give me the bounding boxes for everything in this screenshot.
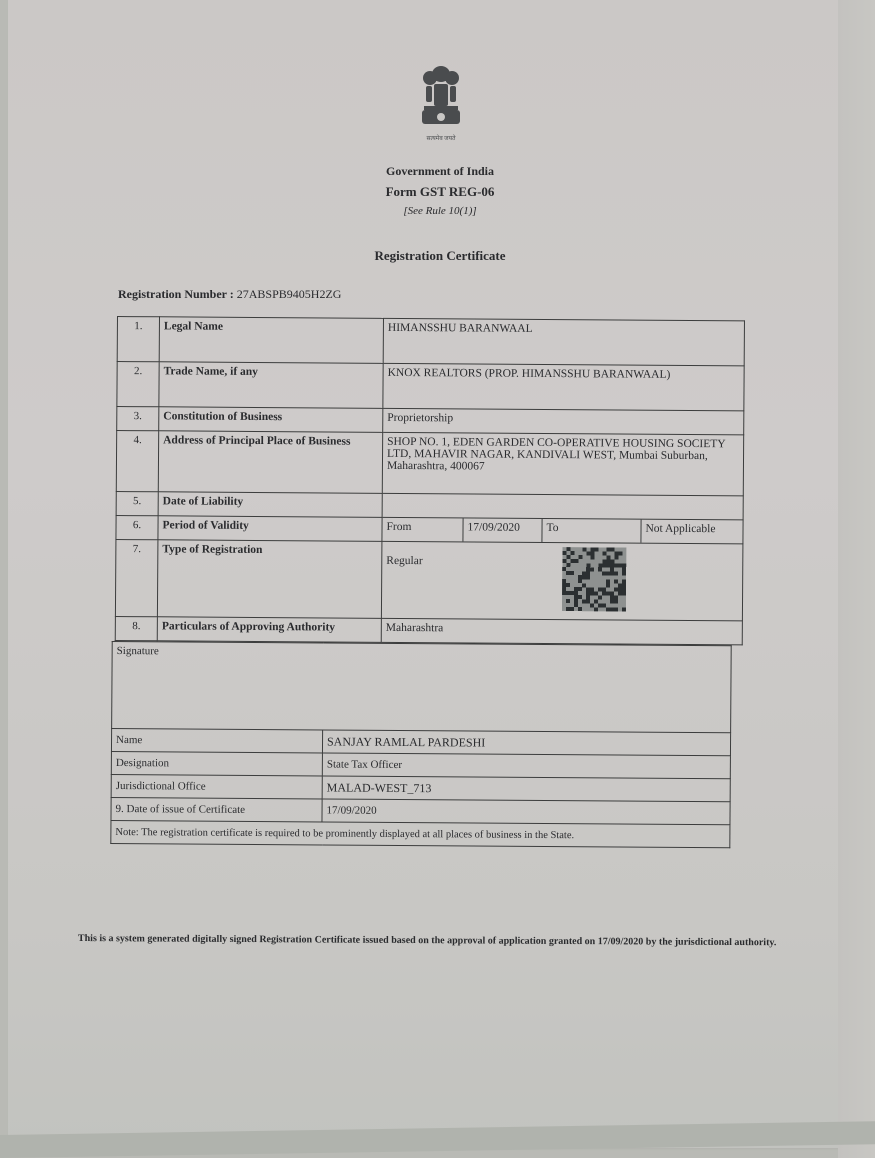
row-label: Type of Registration <box>157 540 382 619</box>
signature-table: Signature Name SANJAY RAMLAL PARDESHI De… <box>110 641 731 848</box>
row-number: 5. <box>116 491 158 515</box>
signatory-name-label: Name <box>111 728 322 752</box>
validity-to-label: To <box>542 519 641 543</box>
row-label: Particulars of Approving Authority <box>157 617 381 643</box>
jurisdictional-office-label: Jurisdictional Office <box>111 774 322 798</box>
signatory-name-value: SANJAY RAMLAL PARDESHI <box>322 730 730 756</box>
validity-from-date: 17/09/2020 <box>463 518 542 542</box>
row-number: 8. <box>115 616 157 640</box>
row-number: 6. <box>116 515 158 539</box>
certificate-table: 1. Legal Name HIMANSSHU BARANWAAL 2. Tra… <box>113 316 745 848</box>
government-heading: Government of India <box>300 164 580 179</box>
validity-from-label: From <box>382 518 463 542</box>
row-number: 7. <box>115 539 158 616</box>
issue-date-label: 9. Date of issue of Certificate <box>111 797 322 821</box>
table-row-trade-name: 2. Trade Name, if any KNOX REALTORS (PRO… <box>117 362 744 411</box>
jurisdictional-office-value: MALAD-WEST_713 <box>322 776 730 802</box>
row-label: Address of Principal Place of Business <box>158 431 382 494</box>
designation-label: Designation <box>111 751 322 775</box>
certificate-title: Registration Certificate <box>300 248 580 264</box>
row-number: 1. <box>117 317 159 362</box>
registration-number-value: 27ABSPB9405H2ZG <box>237 287 342 301</box>
row-value: KNOX REALTORS (PROP. HIMANSSHU BARANWAAL… <box>383 363 744 411</box>
issue-date-value: 17/09/2020 <box>322 799 730 825</box>
row-label: Trade Name, if any <box>159 362 383 409</box>
validity-cell: From 17/09/2020 To Not Applicable <box>382 517 743 544</box>
registration-number: Registration Number : 27ABSPB9405H2ZG <box>118 287 341 302</box>
row-value <box>382 493 743 520</box>
qr-code-icon <box>562 547 626 611</box>
row-value: SHOP NO. 1, EDEN GARDEN CO-OPERATIVE HOU… <box>382 432 743 496</box>
registration-number-label: Registration Number : <box>118 287 234 301</box>
table-row-legal-name: 1. Legal Name HIMANSSHU BARANWAAL <box>117 317 744 366</box>
row-label: Legal Name <box>159 317 383 364</box>
row-number: 4. <box>116 431 158 492</box>
emblem-caption: सत्यमेव जयते <box>426 134 456 142</box>
display-note: Note: The registration certificate is re… <box>111 820 730 847</box>
row-label: Constitution of Business <box>159 407 383 433</box>
national-emblem-icon: सत्यमेव जयते <box>416 60 466 148</box>
row-label: Period of Validity <box>158 516 382 542</box>
row-label: Date of Liability <box>158 492 382 518</box>
row-number: 2. <box>117 362 159 407</box>
row-value: Proprietorship <box>383 408 744 435</box>
signature-label: Signature <box>112 641 732 732</box>
row-number: 3. <box>117 407 159 431</box>
row-value: HIMANSSHU BARANWAAL <box>383 318 744 366</box>
table-row-approving-authority: 8. Particulars of Approving Authority Ma… <box>115 616 742 644</box>
table-row-registration-type: 7. Type of Registration Regular <box>115 539 743 620</box>
registration-type-cell: Regular <box>381 541 743 621</box>
table-row-address: 4. Address of Principal Place of Busines… <box>116 431 743 496</box>
background-edge <box>838 0 875 1158</box>
row-value: Maharashtra <box>381 618 742 645</box>
validity-to-date: Not Applicable <box>641 520 743 544</box>
form-title: Form GST REG-06 <box>300 184 580 200</box>
rule-reference: [See Rule 10(1)] <box>300 205 580 217</box>
designation-value: State Tax Officer <box>322 753 730 779</box>
